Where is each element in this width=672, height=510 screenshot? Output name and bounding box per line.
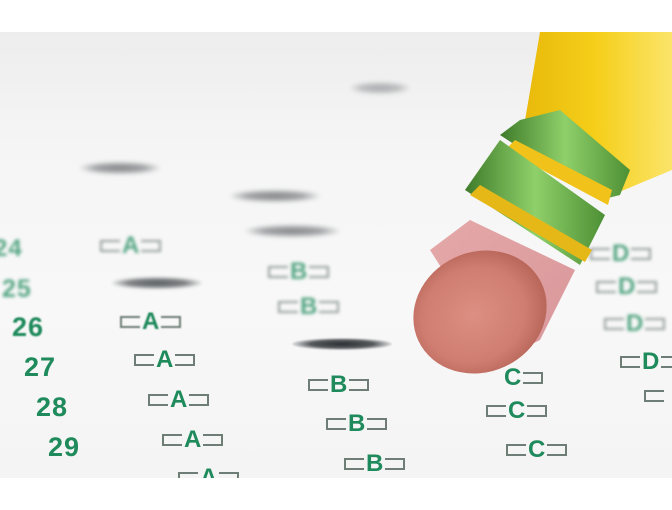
photo: 24 A B D 25 B D 26 A D 27 A xyxy=(0,32,672,478)
pencil xyxy=(0,32,672,478)
